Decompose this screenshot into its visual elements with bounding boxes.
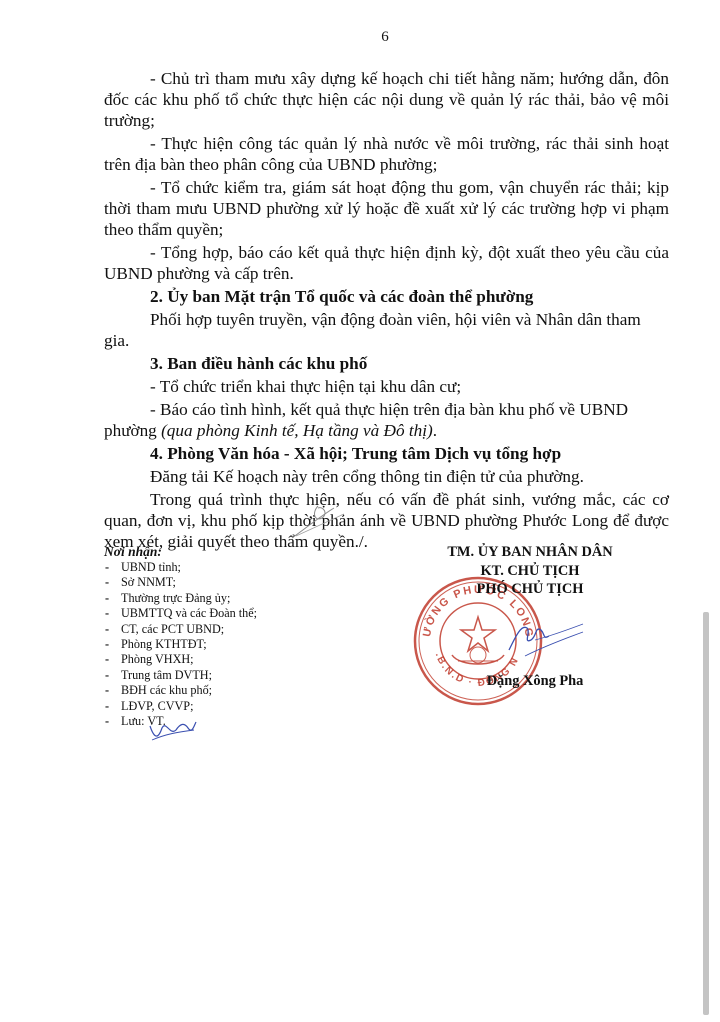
- archive-initial-mark: [148, 718, 198, 744]
- signature-block: TM. ỦY BAN NHÂN DÂN KT. CHỦ TỊCH PHÓ CHỦ…: [400, 543, 660, 599]
- paragraph: Phối hợp tuyên truyền, vận động đoàn viê…: [104, 309, 669, 351]
- signature-title-line2: KT. CHỦ TỊCH: [400, 562, 660, 581]
- paragraph: - Tổ chức triển khai thực hiện tại khu d…: [104, 376, 669, 397]
- recipient-item: Phòng KTHTĐT;: [104, 637, 354, 652]
- document-body: - Chủ trì tham mưu xây dựng kế hoạch chi…: [104, 68, 669, 554]
- recipient-item: UBMTTQ và các Đoàn thể;: [104, 606, 354, 621]
- paragraph: Đăng tải Kế hoạch này trên cổng thông ti…: [104, 466, 669, 487]
- paragraph: - Tổng hợp, báo cáo kết quả thực hiện đị…: [104, 242, 669, 284]
- initial-signature-mark: [288, 502, 348, 542]
- recipient-item: Trung tâm DVTH;: [104, 668, 354, 683]
- section-heading-4: 4. Phòng Văn hóa - Xã hội; Trung tâm Dịc…: [104, 443, 669, 464]
- recipient-item: BĐH các khu phố;: [104, 683, 354, 698]
- recipient-item: LĐVP, CVVP;: [104, 699, 354, 714]
- signature-title-line1: TM. ỦY BAN NHÂN DÂN: [400, 543, 660, 562]
- italic-note: (qua phòng Kinh tế, Hạ tầng và Đô thị): [161, 421, 433, 440]
- recipient-item: CT, các PCT UBND;: [104, 622, 354, 637]
- paragraph: - Báo cáo tình hình, kết quả thực hiện t…: [104, 399, 669, 441]
- paragraph: - Thực hiện công tác quản lý nhà nước về…: [104, 133, 669, 175]
- recipient-item: UBND tỉnh;: [104, 560, 354, 575]
- recipient-item: Sở NNMT;: [104, 575, 354, 590]
- signer-name: Đặng Xông Pha: [470, 673, 600, 690]
- period: .: [433, 421, 437, 440]
- paragraph: - Tổ chức kiểm tra, giám sát hoạt động t…: [104, 177, 669, 240]
- recipient-item: Lưu: VT.: [104, 714, 354, 729]
- recipients-list: UBND tỉnh; Sở NNMT; Thường trực Đảng ủy;…: [104, 560, 354, 729]
- section-heading-2: 2. Ủy ban Mặt trận Tổ quốc và các đoàn t…: [104, 286, 669, 307]
- paragraph: - Chủ trì tham mưu xây dựng kế hoạch chi…: [104, 68, 669, 131]
- recipient-item: Thường trực Đảng ủy;: [104, 591, 354, 606]
- recipients-title: Nơi nhận:: [104, 543, 354, 560]
- section-heading-3: 3. Ban điều hành các khu phố: [104, 353, 669, 374]
- handwritten-signature: [505, 610, 585, 665]
- recipients-block: Nơi nhận: UBND tỉnh; Sở NNMT; Thường trự…: [104, 543, 354, 729]
- signature-title-line3: PHÓ CHỦ TỊCH: [400, 580, 660, 599]
- recipient-item: Phòng VHXH;: [104, 652, 354, 667]
- scrollbar-thumb[interactable]: [703, 612, 709, 1015]
- page-number: 6: [0, 29, 720, 46]
